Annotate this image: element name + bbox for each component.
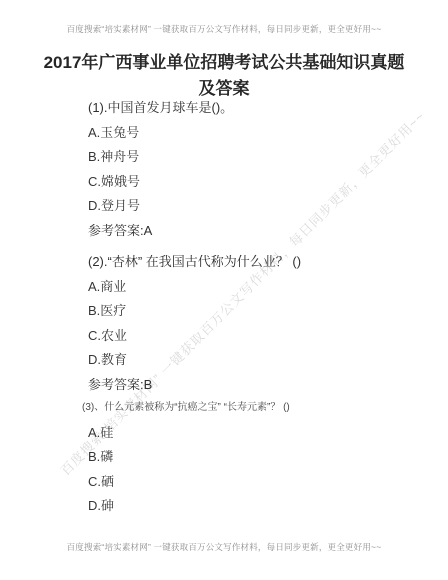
page-title: 2017年广西事业单位招聘考试公共基础知识真题及答案	[40, 50, 408, 102]
option-item-c: C.农业	[88, 324, 408, 349]
option-item-d: D.砷	[88, 494, 408, 519]
question-text: (2).“杏林” 在我国古代称为什么业？ ()	[88, 250, 408, 275]
question-text: (3)、什么元素被称为“抗癌之宝” “长寿元素”？ ()	[82, 396, 408, 421]
option-item-d: D.登月号	[88, 194, 408, 219]
question-block-1: (1).中国首发月球车是()。 A.玉兔号 B.神舟号 C.嫦娥号 D.登月号 …	[88, 96, 408, 244]
promo-banner-bottom: 百度搜索“培实素材网” 一键获取百万公文写作材料，每日同步更新，更全更好用~~	[0, 541, 448, 553]
question-block-2: (2).“杏林” 在我国古代称为什么业？ () A.商业 B.医疗 C.农业 D…	[88, 250, 408, 398]
option-item-b: B.神舟号	[88, 145, 408, 170]
option-item-d: D.教育	[88, 348, 408, 373]
question-block-3: (3)、什么元素被称为“抗癌之宝” “长寿元素”？ () A.硅 B.磷 C.硒…	[88, 396, 408, 519]
option-item-b: B.医疗	[88, 299, 408, 324]
question-text: (1).中国首发月球车是()。	[88, 96, 408, 121]
promo-banner-top: 百度搜索“培实素材网” 一键获取百万公文写作材料，每日同步更新，更全更好用~~	[0, 23, 448, 35]
option-item-a: A.商业	[88, 275, 408, 300]
option-item-c: C.嫦娥号	[88, 170, 408, 195]
option-item-a: A.硅	[88, 421, 408, 446]
answer-text: 参考答案:A	[88, 219, 408, 244]
option-item-a: A.玉兔号	[88, 121, 408, 146]
option-item-c: C.硒	[88, 470, 408, 495]
option-item-b: B.磷	[88, 445, 408, 470]
answer-text: 参考答案:B	[88, 373, 408, 398]
document-page: 百度搜索“培实素材网” 一键获取百万公文写作材料，每日同步更新，更全更好用~~ …	[0, 0, 448, 580]
